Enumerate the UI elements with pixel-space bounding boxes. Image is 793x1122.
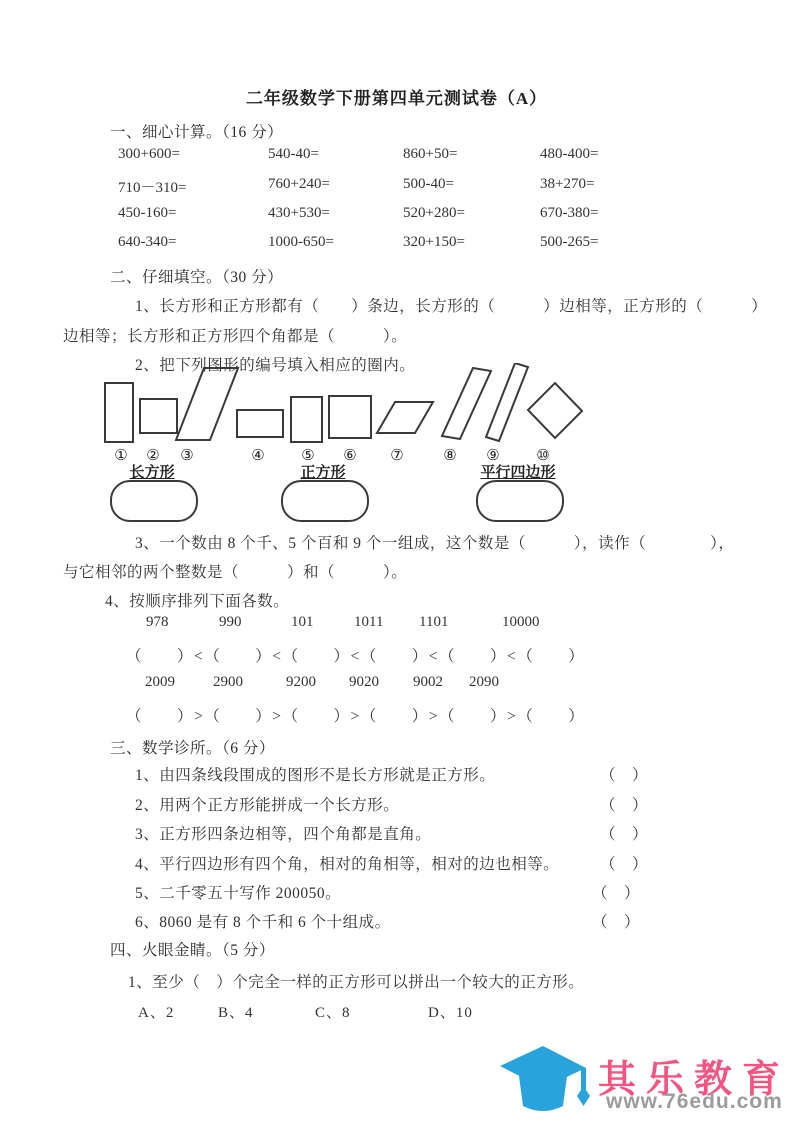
question-2-3-line2: 与它相邻的两个整数是（ ）和（ ）。 xyxy=(63,560,407,582)
worksheet-page: 二年级数学下册第四单元测试卷（A） 一、细心计算。（16 分） 300+600=… xyxy=(0,0,793,1122)
calc-problem: 860+50= xyxy=(403,146,457,163)
calc-problem: 300+600= xyxy=(118,146,180,163)
choice-option-b: B、4 xyxy=(218,1001,254,1022)
calc-problem: 500-265= xyxy=(540,234,598,251)
number-value: 101 xyxy=(291,614,314,631)
calc-problem: 1000-650= xyxy=(268,234,334,251)
number-value: 990 xyxy=(219,614,242,631)
question-2-3-line1: 3、一个数由 8 个千、5 个百和 9 个一组成，这个数是（ ），读作（ ）， xyxy=(135,531,734,553)
bin-oval-square xyxy=(281,480,369,522)
clinic-item-4: 4、平行四边形有四个角，相对的角相等，相对的边也相等。 xyxy=(135,852,559,874)
calc-problem: 710－310= xyxy=(118,176,186,197)
shapes-figure: ① ② ③ ④ ⑤ ⑥ ⑦ ⑧ ⑨ ⑩ xyxy=(95,363,595,463)
shape-number-8: ⑧ xyxy=(443,448,456,463)
choice-option-c: C、8 xyxy=(315,1001,351,1022)
calc-problem: 430+530= xyxy=(268,205,330,222)
shape-6-square xyxy=(329,396,371,438)
number-value: 9020 xyxy=(349,674,379,691)
shape-9-slim-parallelogram xyxy=(486,363,528,441)
bin-oval-parallelogram xyxy=(476,480,564,522)
clinic-item-3: 3、正方形四条边相等，四个角都是直角。 xyxy=(135,822,431,844)
calc-row-3: 450-160= 430+530= 520+280= 670-380= xyxy=(118,205,738,225)
calc-problem: 450-160= xyxy=(118,205,176,222)
question-2-4: 4、按顺序排列下面各数。 xyxy=(105,589,289,611)
shape-1-tall-rectangle xyxy=(105,383,133,442)
clinic-item-2: 2、用两个正方形能拼成一个长方形。 xyxy=(135,793,399,815)
calc-problem: 38+270= xyxy=(540,176,594,193)
bin-label-rectangle: 长方形 xyxy=(107,461,197,482)
number-value: 1101 xyxy=(419,614,448,631)
shape-2-square xyxy=(140,399,177,433)
section2-heading: 二、仔细填空。（30 分） xyxy=(110,265,283,287)
calc-problem: 760+240= xyxy=(268,176,330,193)
calc-problem: 320+150= xyxy=(403,234,465,251)
number-value: 9002 xyxy=(413,674,443,691)
numbers-row-2: 2009 2900 9200 9020 9002 2090 xyxy=(0,674,793,694)
choice-option-d: D、10 xyxy=(428,1001,473,1022)
brand-url: www.76edu.com xyxy=(606,1090,793,1114)
shape-4-wide-rectangle xyxy=(237,410,283,437)
bin-oval-rectangle xyxy=(110,480,198,522)
bin-label-parallelogram: 平行四边形 xyxy=(473,461,563,482)
calc-problem: 480-400= xyxy=(540,146,598,163)
clinic-answer-bracket-4: （ ） xyxy=(600,852,648,874)
number-value: 2900 xyxy=(213,674,243,691)
clinic-answer-bracket-5: （ ） xyxy=(592,881,640,903)
number-value: 2009 xyxy=(145,674,175,691)
shape-number-4: ④ xyxy=(251,448,264,463)
shape-7-parallelogram xyxy=(377,402,433,433)
calc-problem: 500-40= xyxy=(403,176,454,193)
calc-problem: 540-40= xyxy=(268,146,319,163)
shape-number-7: ⑦ xyxy=(390,448,403,463)
clinic-answer-bracket-2: （ ） xyxy=(600,793,648,815)
question-4-1: 1、至少（ ）个完全一样的正方形可以拼出一个较大的正方形。 xyxy=(128,970,584,992)
question-2-1-line2: 边相等；长方形和正方形四个角都是（ ）。 xyxy=(63,324,407,346)
compare-blanks-descending: （ ）>（ ）>（ ）>（ ）>（ ）>（ ） xyxy=(126,704,585,726)
numbers-row-1: 978 990 101 1011 1101 10000 xyxy=(0,614,793,634)
section3-heading: 三、数学诊所。（6 分） xyxy=(110,736,275,758)
choice-option-a: A、2 xyxy=(138,1001,174,1022)
shape-10-diamond xyxy=(528,383,582,438)
calc-row-2: 710－310= 760+240= 500-40= 38+270= xyxy=(118,176,738,196)
shape-3-parallelogram xyxy=(176,368,238,440)
clinic-answer-bracket-1: （ ） xyxy=(600,763,648,785)
clinic-item-5: 5、二千零五十写作 200050。 xyxy=(135,881,341,903)
cap-tassel-knob xyxy=(577,1086,590,1106)
calc-problem: 640-340= xyxy=(118,234,176,251)
calc-problem: 670-380= xyxy=(540,205,598,222)
number-value: 10000 xyxy=(502,614,540,631)
section4-heading: 四、火眼金睛。（5 分） xyxy=(110,938,275,960)
section1-heading: 一、细心计算。（16 分） xyxy=(110,120,283,142)
calc-row-1: 300+600= 540-40= 860+50= 480-400= xyxy=(118,146,738,166)
number-value: 978 xyxy=(146,614,169,631)
graduation-cap-icon xyxy=(492,1036,594,1118)
number-value: 9200 xyxy=(286,674,316,691)
bin-label-square: 正方形 xyxy=(278,461,368,482)
question-2-1-line1: 1、长方形和正方形都有（ ）条边，长方形的（ ）边相等，正方形的（ ） xyxy=(135,294,767,316)
number-value: 2090 xyxy=(469,674,499,691)
compare-blanks-ascending: （ ）<（ ）<（ ）<（ ）<（ ）<（ ） xyxy=(126,644,585,666)
calc-row-4: 640-340= 1000-650= 320+150= 500-265= xyxy=(118,234,738,254)
clinic-item-6: 6、8060 是有 8 个千和 6 个十组成。 xyxy=(135,910,391,932)
choice-options-row: A、2 B、4 C、8 D、10 xyxy=(0,1001,793,1021)
shape-8-slim-parallelogram xyxy=(442,368,491,439)
clinic-answer-bracket-6: （ ） xyxy=(592,910,640,932)
number-value: 1011 xyxy=(354,614,383,631)
cap-board xyxy=(500,1046,586,1088)
clinic-item-1: 1、由四条线段围成的图形不是长方形就是正方形。 xyxy=(135,763,495,785)
shape-5-rectangle xyxy=(291,397,322,442)
calc-problem: 520+280= xyxy=(403,205,465,222)
page-title: 二年级数学下册第四单元测试卷（A） xyxy=(0,84,793,109)
clinic-answer-bracket-3: （ ） xyxy=(600,822,648,844)
